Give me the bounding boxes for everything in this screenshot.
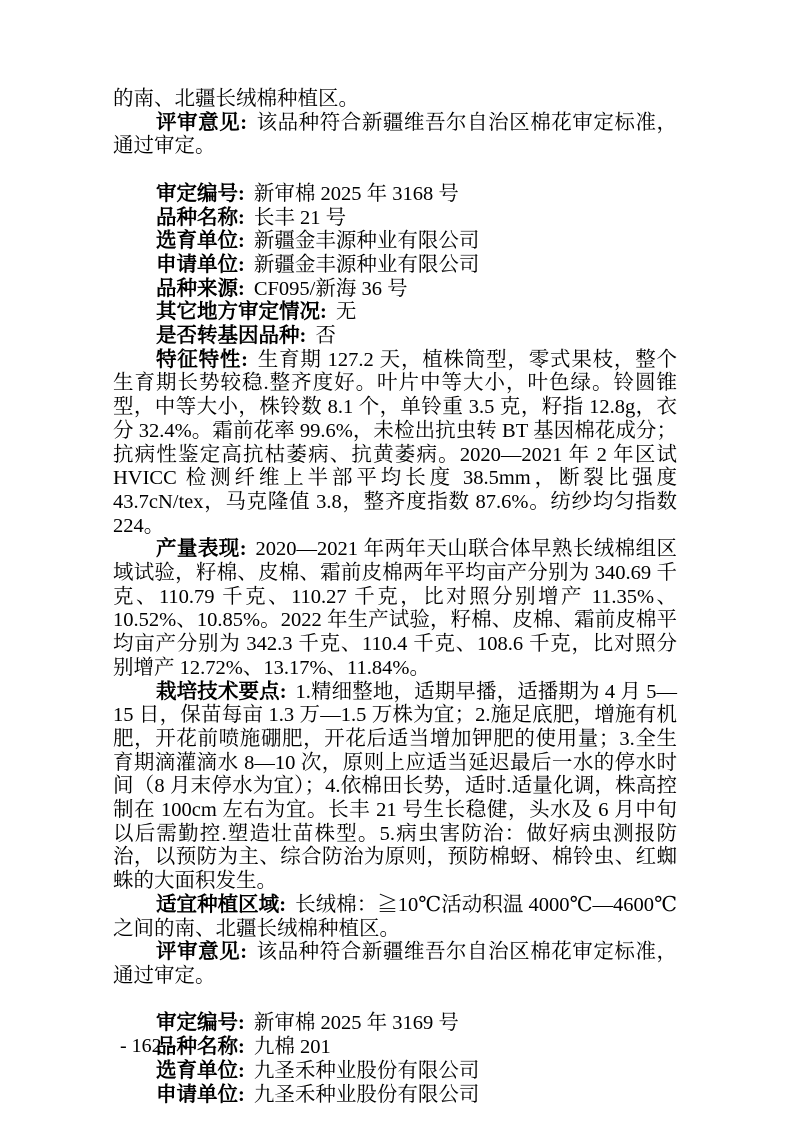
para-yield-performance: 产量表现:2020—2021 年两年天山联合体早熟长绒棉组区域试验，籽棉、皮棉、… xyxy=(113,538,677,680)
field-value: 长丰 21 号 xyxy=(254,207,346,229)
continuation-line-text: 的南、北疆长绒棉种植区。 xyxy=(113,88,359,110)
field-label: 申请单位: xyxy=(156,1084,245,1106)
para-label: 适宜种植区域: xyxy=(156,894,286,916)
para-text: 1.精细整地，适期早播，适播期为 4 月 5—15 日，保苗每亩 1.3 万—1… xyxy=(113,681,677,893)
page-number: - 162 - xyxy=(120,1034,173,1058)
field-variety-name: 品种名称:长丰 21 号 xyxy=(113,207,677,231)
para-label: 产量表现: xyxy=(156,538,247,560)
field-label: 选育单位: xyxy=(156,230,245,252)
field-label: 审定编号: xyxy=(156,183,245,205)
field-label: 选育单位: xyxy=(156,1060,245,1082)
field-label: 申请单位: xyxy=(156,254,245,276)
field-label: 是否转基因品种: xyxy=(156,325,306,347)
field-label: 品种名称: xyxy=(156,207,245,229)
field-variety-origin: 品种来源:CF095/新海 36 号 xyxy=(113,278,677,302)
field-value: 九棉 201 xyxy=(254,1036,331,1058)
para-cultivation-techniques: 栽培技术要点:1.精细整地，适期早播，适播期为 4 月 5—15 日，保苗每亩 … xyxy=(113,681,677,894)
field-value: 九圣禾种业股份有限公司 xyxy=(254,1060,480,1082)
field-value: 新审棉 2025 年 3168 号 xyxy=(254,183,459,205)
field-value: 新审棉 2025 年 3169 号 xyxy=(254,1012,459,1034)
page-content: 的南、北疆长绒棉种植区。 评审意见:该品种符合新疆维吾尔自治区棉花审定标准，通过… xyxy=(113,88,677,1107)
field-label: 审定编号: xyxy=(156,1012,245,1034)
continuation-text: 的南、北疆长绒棉种植区。 xyxy=(113,88,677,112)
field-value: 否 xyxy=(315,325,336,347)
field-value: 九圣禾种业股份有限公司 xyxy=(254,1084,480,1106)
para-review-opinion-previous: 评审意见:该品种符合新疆维吾尔自治区棉花审定标准，通过审定。 xyxy=(113,112,677,159)
para-suitable-regions: 适宜种植区域:长绒棉：≧10℃活动积温 4000℃—4600℃之间的南、北疆长绒… xyxy=(113,894,677,941)
para-characteristics: 特征特性:生育期 127.2 天，植株筒型，零式果枝，整个生育期长势较稳.整齐度… xyxy=(113,349,677,539)
review-opinion-label: 评审意见: xyxy=(156,112,247,134)
field-other-certification: 其它地方审定情况:无 xyxy=(113,301,677,325)
field-breeding-unit: 选育单位:新疆金丰源种业有限公司 xyxy=(113,230,677,254)
para-text: 生育期 127.2 天，植株筒型，零式果枝，整个生育期长势较稳.整齐度好。叶片中… xyxy=(113,349,677,537)
field-breeding-unit-2: 选育单位:九圣禾种业股份有限公司 xyxy=(113,1060,677,1084)
field-applicant-unit-2: 申请单位:九圣禾种业股份有限公司 xyxy=(113,1084,677,1108)
field-label: 其它地方审定情况: xyxy=(156,301,327,323)
para-label: 栽培技术要点: xyxy=(156,681,287,703)
field-gmo-status: 是否转基因品种:否 xyxy=(113,325,677,349)
field-label: 品种来源: xyxy=(156,278,245,300)
field-applicant-unit: 申请单位:新疆金丰源种业有限公司 xyxy=(113,254,677,278)
para-review-opinion: 评审意见:该品种符合新疆维吾尔自治区棉花审定标准，通过审定。 xyxy=(113,941,677,988)
field-value: 新疆金丰源种业有限公司 xyxy=(254,230,480,252)
para-label: 特征特性: xyxy=(156,349,248,371)
field-certification-number: 审定编号:新审棉 2025 年 3168 号 xyxy=(113,183,677,207)
field-value: CF095/新海 36 号 xyxy=(254,278,408,300)
blank-line xyxy=(113,989,677,1013)
field-value: 无 xyxy=(336,301,357,323)
field-value: 新疆金丰源种业有限公司 xyxy=(254,254,480,276)
blank-line xyxy=(113,159,677,183)
field-certification-number-2: 审定编号:新审棉 2025 年 3169 号 xyxy=(113,1012,677,1036)
document-page: 的南、北疆长绒棉种植区。 评审意见:该品种符合新疆维吾尔自治区棉花审定标准，通过… xyxy=(0,0,793,1122)
para-label: 评审意见: xyxy=(156,941,247,963)
field-variety-name-2: 品种名称:九棉 201 xyxy=(113,1036,677,1060)
